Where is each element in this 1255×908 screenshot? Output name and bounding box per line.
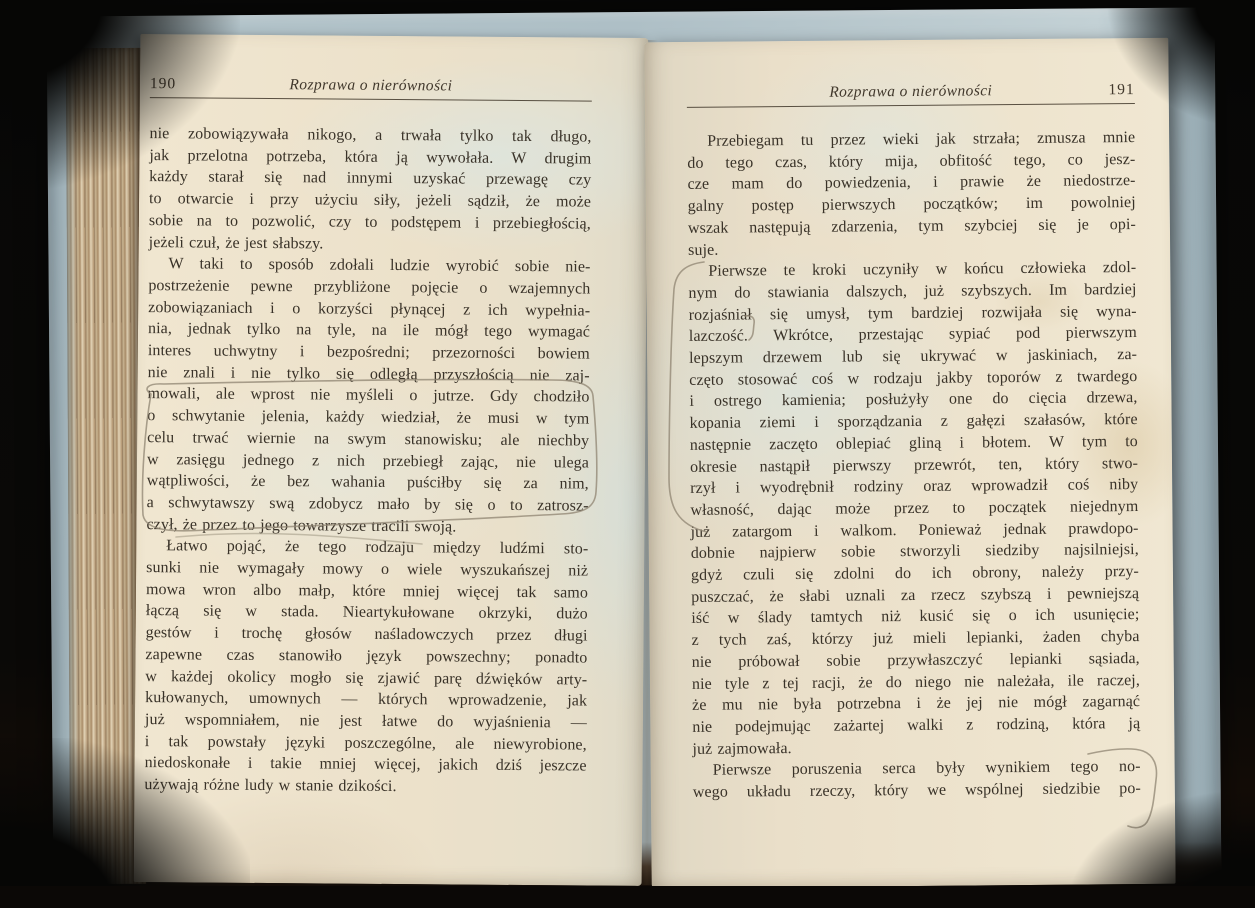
photo-bottom-band — [0, 886, 1255, 908]
right-page: Rozprawa o nierówności 191 Przebiegam tu… — [644, 38, 1175, 889]
paragraph: Łatwo pojąć, że tego rodzaju między ludź… — [144, 535, 588, 799]
text-line: to otwarcie i przy użyciu siły, jeżeli s… — [149, 188, 591, 213]
paragraph: Pierwsze te kroki uczyniły w końcu człow… — [688, 257, 1140, 760]
text-line: sobie na to pozwolić, czy to podstępem i… — [149, 210, 591, 235]
text-line: wego układu rzeczy, który we wspólnej si… — [693, 778, 1141, 804]
left-page-header: 190 Rozprawa o nierówności — [150, 74, 592, 101]
paragraph: Pierwsze poruszenia serca były wynikiem … — [693, 756, 1141, 803]
right-page-text: Przebiegam tu przez wieki jak strzała; z… — [687, 127, 1141, 804]
text-line: już wspomniałem, nie jest łatwe do wyjaś… — [145, 709, 587, 734]
text-line: celu trwać wiernie na swym stanowisku; a… — [147, 427, 589, 452]
paragraph: nie zobowiązywała nikogo, a trwała tylko… — [149, 123, 592, 257]
text-line: a schwytawszy swą zdobycz mało by się o … — [147, 492, 589, 517]
left-running-title: Rozprawa o nierówności — [289, 75, 452, 95]
text-line: używają różne ludy w stanie dzikości. — [144, 774, 586, 799]
left-page-number: 190 — [150, 74, 176, 93]
left-page: 190 Rozprawa o nierówności nie zobowiązy… — [134, 34, 649, 886]
right-page-header: Rozprawa o nierówności 191 — [687, 80, 1135, 108]
book-photo-scene: 190 Rozprawa o nierówności nie zobowiązy… — [0, 0, 1255, 908]
text-line: nie podejmując zażartej walki z rodziną,… — [692, 713, 1140, 739]
text-line: interes uchwytny i bezpośredni; przezorn… — [148, 340, 590, 365]
text-line: postrzeżenie pewne przybliżone pojęcie o… — [148, 275, 590, 300]
left-page-text: nie zobowiązywała nikogo, a trwała tylko… — [144, 123, 591, 799]
text-line: nie zobowiązywała nikogo, a trwała tylko… — [149, 123, 591, 148]
right-page-number: 191 — [1108, 80, 1134, 99]
right-running-title: Rozprawa o nierówności — [829, 81, 992, 101]
text-line: sunki nie wymagały mowy o wiele wyszukań… — [146, 557, 588, 582]
text-line: zapewne czas stanowiło język powszechny;… — [145, 644, 587, 669]
paragraph: W taki to sposób zdołali ludzie wyrobić … — [146, 253, 590, 539]
paragraph: Przebiegam tu przez wieki jak strzała; z… — [687, 127, 1136, 261]
text-line: wszak następują zdarzenia, tym szybciej … — [688, 214, 1136, 240]
